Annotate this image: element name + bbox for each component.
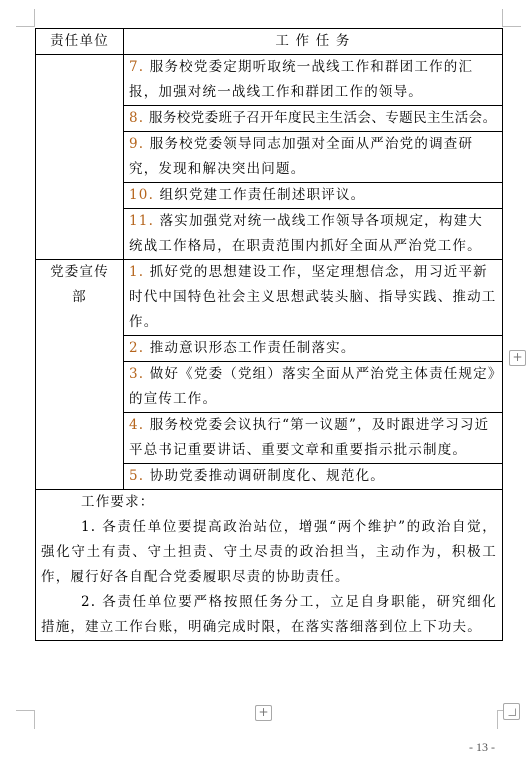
- header-unit: 责任单位: [36, 29, 124, 55]
- task-number: 4.: [129, 417, 144, 433]
- requirements-title: 工作要求：: [41, 490, 497, 515]
- task-number: 5.: [129, 468, 144, 484]
- task-number: 7.: [129, 59, 144, 75]
- task-cell[interactable]: 1. 抓好党的思想建设工作，坚定理想信念，用习近平新时代中国特色社会主义思想武装…: [124, 260, 503, 336]
- task-cell[interactable]: 4. 服务校党委会议执行“第一议题”，及时跟进学习习近平总书记重要讲话、重要文章…: [124, 413, 503, 464]
- task-cell[interactable]: 9. 服务校党委领导同志加强对全面从严治党的调查研究，发现和解决突出问题。: [124, 132, 503, 183]
- task-number: 11.: [129, 213, 154, 229]
- task-number: 1.: [129, 264, 144, 280]
- table-row: 党委宣传部 1. 抓好党的思想建设工作，坚定理想信念，用习近平新时代中国特色社会…: [36, 260, 503, 336]
- task-text: 推动意识形态工作责任制落实。: [144, 340, 355, 356]
- task-cell[interactable]: 8. 服务校党委班子召开年度民主生活会、专题民主生活会。: [124, 106, 503, 132]
- task-text: 组织党建工作责任制述职评议。: [154, 187, 365, 203]
- task-number: 9.: [129, 136, 144, 152]
- task-text: 落实加强党对统一战线工作领导各项规定，构建大统战工作格局，在职责范围内抓好全面从…: [129, 213, 483, 254]
- unit-cell-propaganda[interactable]: 党委宣传部: [36, 260, 124, 490]
- task-cell[interactable]: 10. 组织党建工作责任制述职评议。: [124, 183, 503, 209]
- page-corner-mark-top-left: [16, 9, 35, 27]
- responsibility-table: 责任单位 工 作 任 务 7. 服务校党委定期听取统一战线工作和群团工作的汇报，…: [35, 28, 503, 641]
- task-number: 2.: [129, 340, 144, 356]
- task-text: 做好《党委（党组）落实全面从严治党主体责任规定》的宣传工作。: [129, 366, 496, 407]
- table-row: 7. 服务校党委定期听取统一战线工作和群团工作的汇报，加强对统一战线工作和群团工…: [36, 55, 503, 106]
- task-text: 服务校党委会议执行“第一议题”，及时跟进学习习近平总书记重要讲话、重要文章和重要…: [129, 417, 489, 458]
- page-corner-mark-bottom-left: [16, 710, 35, 729]
- plus-icon: +: [512, 350, 522, 364]
- unit-cell[interactable]: [36, 55, 124, 260]
- task-text: 协助党委推动调研制度化、规范化。: [144, 468, 385, 484]
- page-number: - 13 -: [469, 740, 495, 755]
- requirements-row: 工作要求： 1. 各责任单位要提高政治站位，增强“两个维护”的政治自觉，强化守土…: [36, 490, 503, 641]
- task-text: 服务校党委班子召开年度民主生活会、专题民主生活会。: [144, 110, 496, 126]
- table-resize-handle[interactable]: [503, 703, 520, 720]
- task-cell[interactable]: 11. 落实加强党对统一战线工作领导各项规定，构建大统战工作格局，在职责范围内抓…: [124, 209, 503, 260]
- page-corner-mark-top-right: [502, 9, 521, 27]
- task-cell[interactable]: 5. 协助党委推动调研制度化、规范化。: [124, 464, 503, 490]
- task-number: 8.: [129, 110, 144, 126]
- requirements-cell[interactable]: 工作要求： 1. 各责任单位要提高政治站位，增强“两个维护”的政治自觉，强化守土…: [36, 490, 503, 641]
- task-cell[interactable]: 3. 做好《党委（党组）落实全面从严治党主体责任规定》的宣传工作。: [124, 362, 503, 413]
- task-text: 服务校党委领导同志加强对全面从严治党的调查研究，发现和解决突出问题。: [129, 136, 473, 177]
- plus-icon: +: [258, 705, 268, 719]
- requirement-paragraph: 2. 各责任单位要严格按照任务分工，立足自身职能，研究细化措施，建立工作台账，明…: [41, 590, 497, 640]
- task-cell[interactable]: 2. 推动意识形态工作责任制落实。: [124, 336, 503, 362]
- task-text: 抓好党的思想建设工作，坚定理想信念，用习近平新时代中国特色社会主义思想武装头脑、…: [129, 264, 497, 330]
- task-number: 10.: [129, 187, 154, 203]
- task-text: 服务校党委定期听取统一战线工作和群团工作的汇报，加强对统一战线工作和群团工作的领…: [129, 59, 473, 100]
- task-cell[interactable]: 7. 服务校党委定期听取统一战线工作和群团工作的汇报，加强对统一战线工作和群团工…: [124, 55, 503, 106]
- table-header-row: 责任单位 工 作 任 务: [36, 29, 503, 55]
- add-column-button[interactable]: +: [509, 350, 526, 366]
- requirement-paragraph: 1. 各责任单位要提高政治站位，增强“两个维护”的政治自觉，强化守土有责、守土担…: [41, 515, 497, 590]
- task-number: 3.: [129, 366, 144, 382]
- header-tasks: 工 作 任 务: [124, 29, 503, 55]
- add-row-button[interactable]: +: [255, 705, 272, 721]
